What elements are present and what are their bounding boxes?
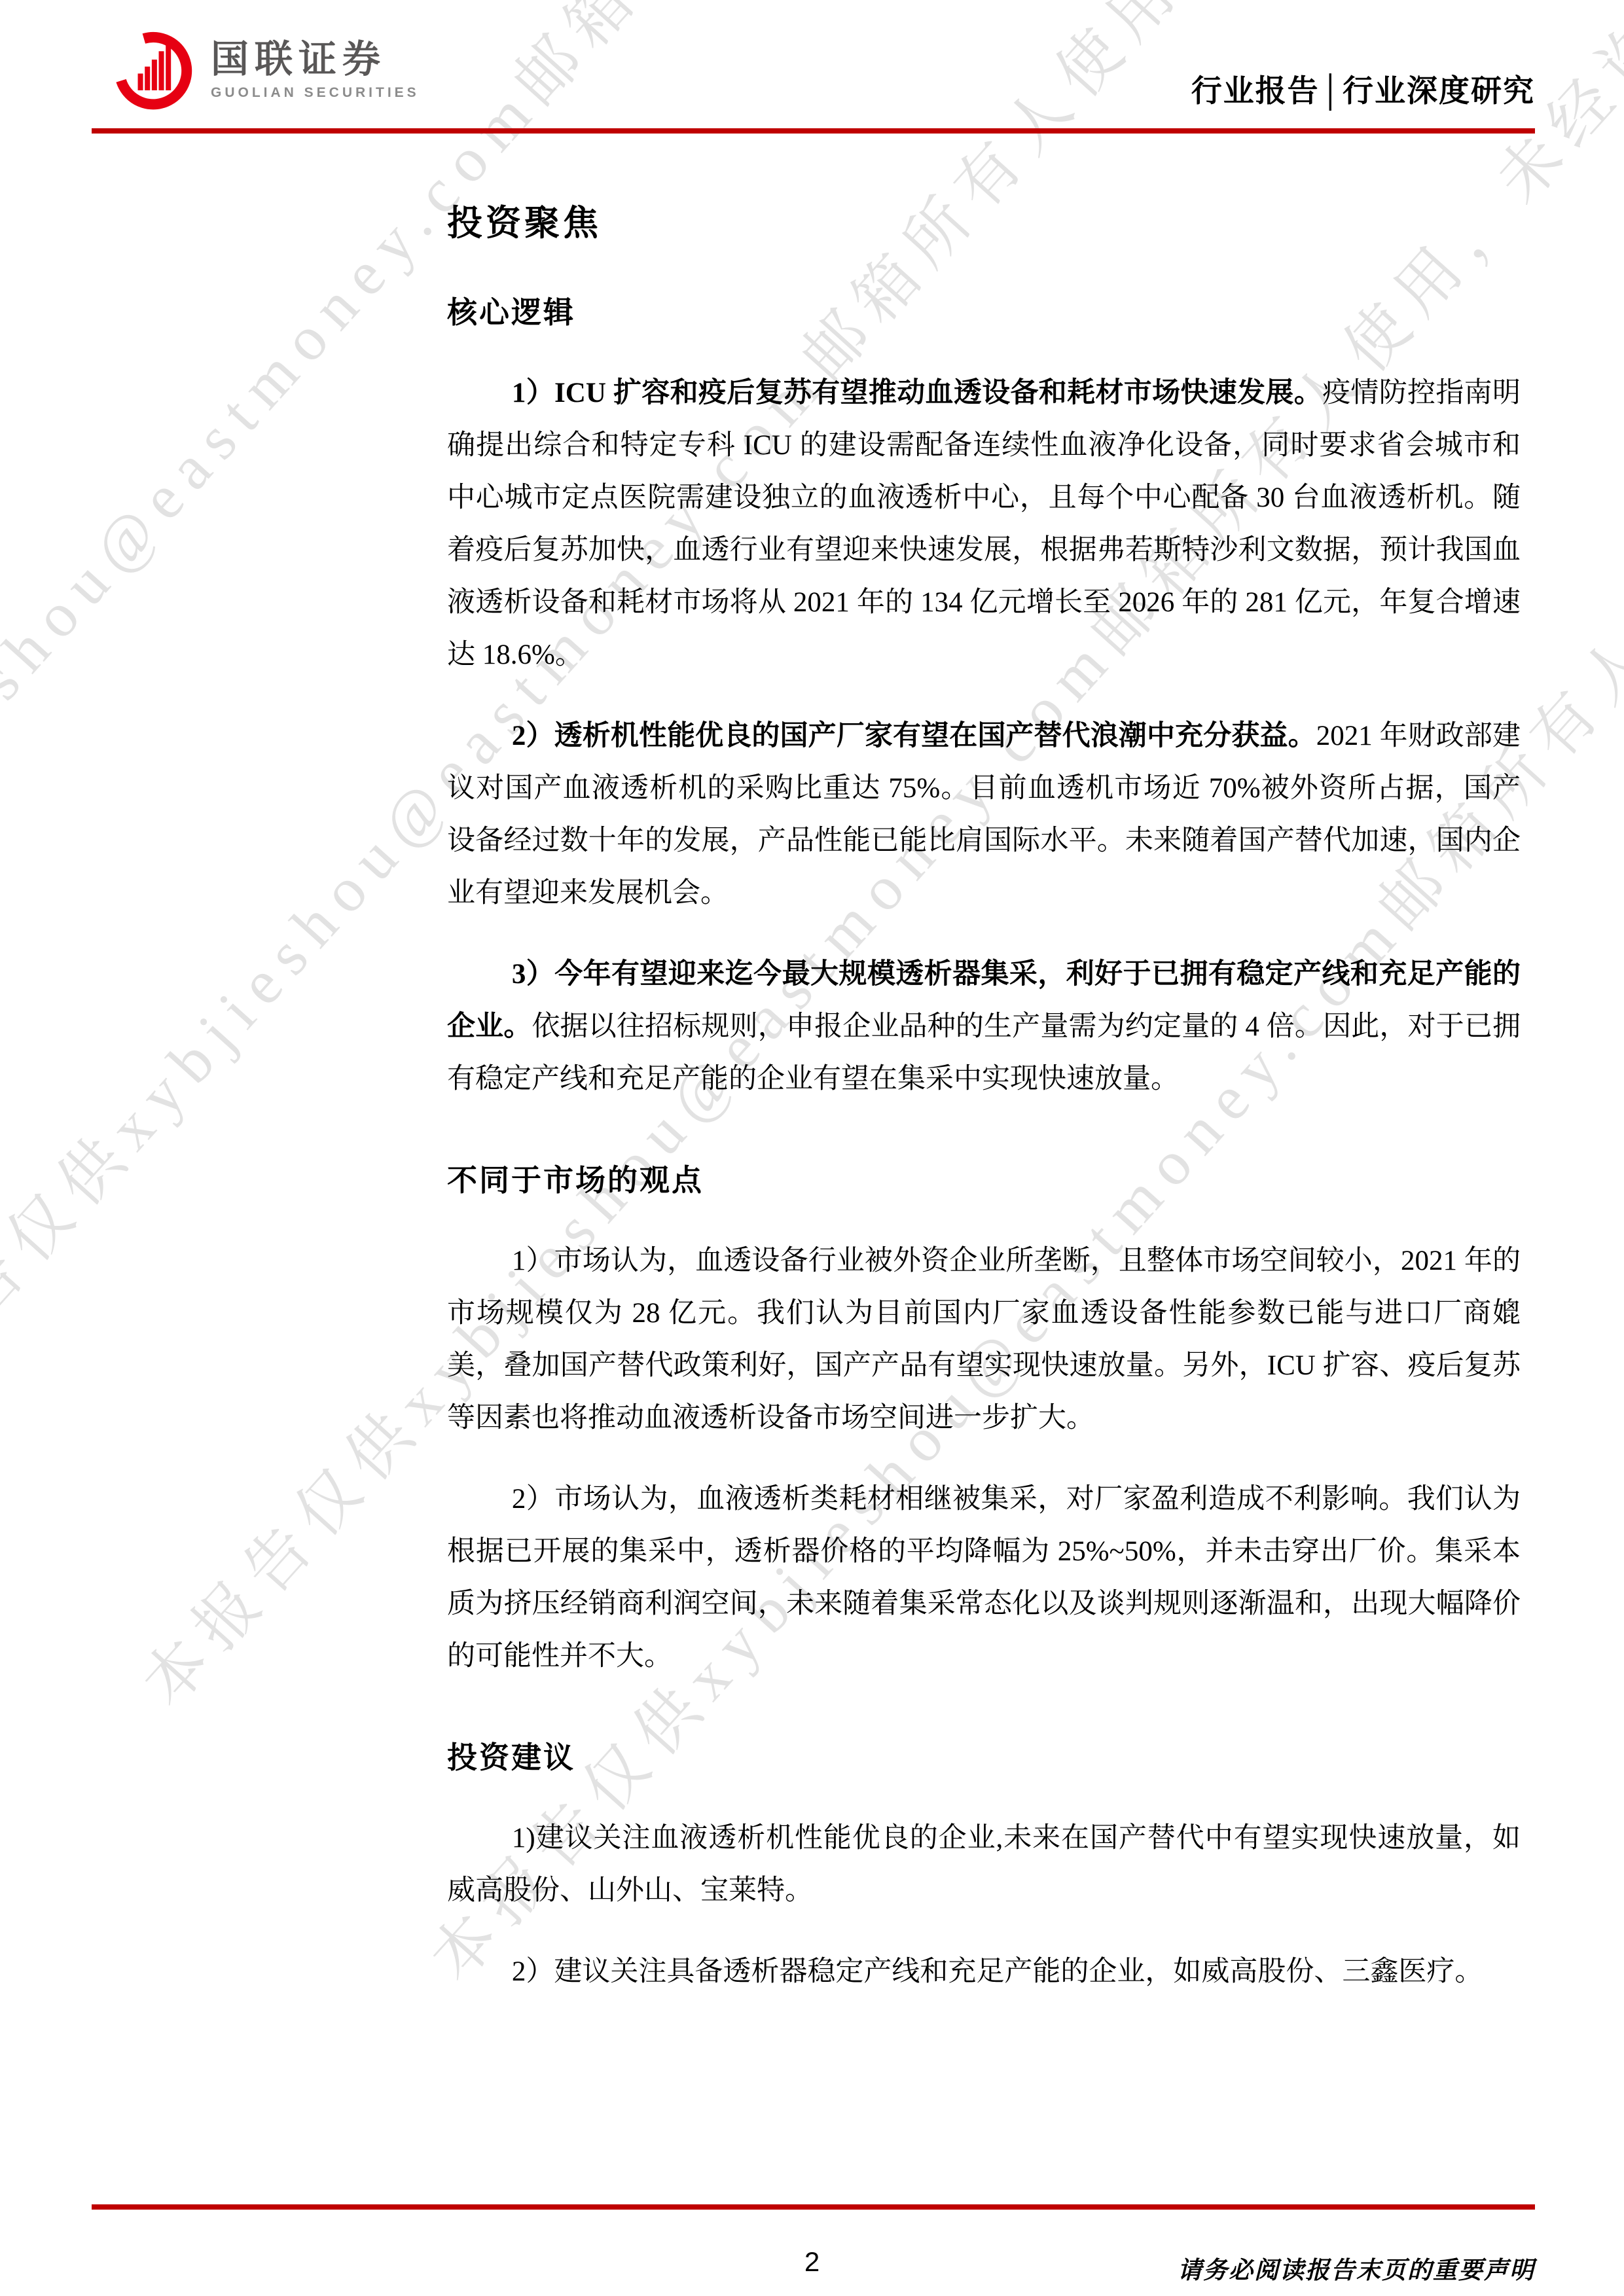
paragraph: 2）市场认为，血液透析类耗材相继被集采，对厂家盈利造成不利影响。我们认为根据已开…	[447, 1473, 1521, 1683]
footer-rule	[92, 2204, 1535, 2210]
page-title: 投资聚焦	[447, 195, 1521, 245]
header-rule	[92, 128, 1535, 134]
paragraph: 1）市场认为，血透设备行业被外资企业所垄断，且整体市场空间较小，2021 年的市…	[447, 1235, 1521, 1444]
logo-name-en: GUOLIAN SECURITIES	[211, 85, 420, 101]
paragraph-body: 依据以往招标规则，申报企业品种的生产量需为约定量的 4 倍。因此，对于已拥有稳定…	[447, 1011, 1521, 1094]
paragraph-body: 1)建议关注血液透析机性能优良的企业,未来在国产替代中有望实现快速放量，如威高股…	[447, 1823, 1521, 1906]
paragraph: 2）透析机性能优良的国产厂家有望在国产替代浪潮中充分获益。2021 年财政部建议…	[447, 710, 1521, 920]
paragraph-body: 疫情防控指南明确提出综合和特定专科 ICU 的建设需配备连续性血液净化设备，同时…	[447, 378, 1521, 670]
guolian-logo-icon	[110, 27, 196, 111]
section-heading: 核心逻辑	[447, 289, 1521, 332]
paragraph-body: 1）市场认为，血透设备行业被外资企业所垄断，且整体市场空间较小，2021 年的市…	[447, 1246, 1521, 1433]
paragraph-body: 2）建议关注具备透析器稳定产线和充足产能的企业，如威高股份、三鑫医疗。	[512, 1956, 1483, 1987]
paragraph: 1）ICU 扩容和疫后复苏有望推动血透设备和耗材市场快速发展。疫情防控指南明确提…	[447, 367, 1521, 681]
section-heading: 不同于市场的观点	[447, 1157, 1521, 1200]
report-body: 投资聚焦 核心逻辑 1）ICU 扩容和疫后复苏有望推动血透设备和耗材市场快速发展…	[447, 195, 1521, 2027]
paragraph-lead: 2）透析机性能优良的国产厂家有望在国产替代浪潮中充分获益。	[512, 721, 1316, 751]
paragraph-lead: 1）ICU 扩容和疫后复苏有望推动血透设备和耗材市场快速发展。	[512, 378, 1322, 408]
logo-text-block: 国联证券 GUOLIAN SECURITIES	[211, 38, 420, 101]
footer-disclaimer: 请务必阅读报告末页的重要声明	[1178, 2250, 1535, 2286]
section-heading: 投资建议	[447, 1734, 1521, 1777]
paragraph: 2）建议关注具备透析器稳定产线和充足产能的企业，如威高股份、三鑫医疗。	[447, 1946, 1521, 1998]
report-category-label: 行业报告│行业深度研究	[1191, 67, 1535, 111]
report-page: 本报告仅供xybjieshou@eastmoney.com邮箱所有人使用，未经许…	[0, 0, 1624, 2296]
section-investment-advice: 投资建议 1)建议关注血液透析机性能优良的企业,未来在国产替代中有望实现快速放量…	[447, 1734, 1521, 1998]
section-different-view: 不同于市场的观点 1）市场认为，血透设备行业被外资企业所垄断，且整体市场空间较小…	[447, 1157, 1521, 1683]
logo-name-cn: 国联证券	[211, 38, 420, 82]
company-logo: 国联证券 GUOLIAN SECURITIES	[110, 27, 420, 111]
paragraph: 3）今年有望迎来迄今最大规模透析器集采，利好于已拥有稳定产线和充足产能的企业。依…	[447, 948, 1521, 1105]
section-core-logic: 核心逻辑 1）ICU 扩容和疫后复苏有望推动血透设备和耗材市场快速发展。疫情防控…	[447, 289, 1521, 1105]
paragraph: 1)建议关注血液透析机性能优良的企业,未来在国产替代中有望实现快速放量，如威高股…	[447, 1812, 1521, 1917]
paragraph-body: 2）市场认为，血液透析类耗材相继被集采，对厂家盈利造成不利影响。我们认为根据已开…	[447, 1484, 1521, 1672]
